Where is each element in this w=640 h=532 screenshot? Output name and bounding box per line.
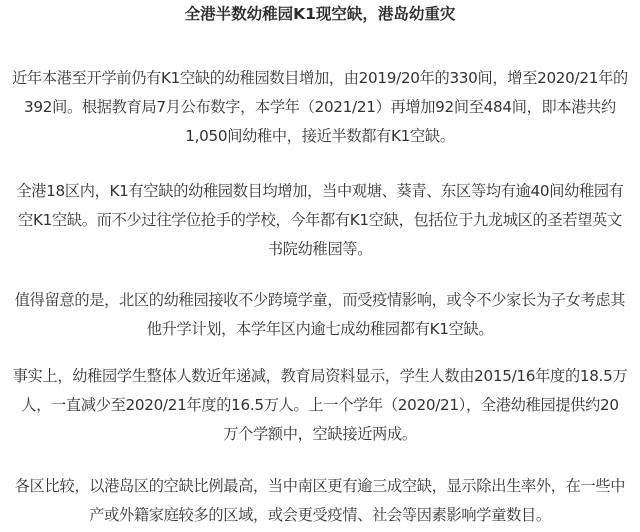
paragraph-line: 全港18区内，K1有空缺的幼稚园数目均增加，当中观塘、葵青、东区等均有逾40间幼… xyxy=(4,177,636,206)
paragraph-k1-vacancy-increase: 近年本港至开学前仍有K1空缺的幼稚园数目增加，由2019/20年的330间，增至… xyxy=(4,64,636,151)
paragraph-student-numbers: 事实上，幼稚园学生整体人数近年递减，教育局资料显示，学生人数由2015/16年度… xyxy=(4,362,636,449)
paragraph-line: 他升学计划，本学年区内逾七成幼稚园都有K1空缺。 xyxy=(4,315,636,344)
paragraph-18-districts: 全港18区内，K1有空缺的幼稚园数目均增加，当中观塘、葵青、东区等均有逾40间幼… xyxy=(4,177,636,264)
paragraph-line: 空K1空缺。而不少过往学位抢手的学校，今年都有K1空缺，包括位于九龙城区的圣若望… xyxy=(4,206,636,235)
paragraph-line: 人，一直减少至2020/21年度的16.5万人。上一个学年（2020/21），全… xyxy=(4,391,636,420)
paragraph-line: 事实上，幼稚园学生整体人数近年递减，教育局资料显示，学生人数由2015/16年度… xyxy=(4,362,636,391)
article-title: 全港半数幼稚园K1现空缺，港岛幼重灾 xyxy=(0,3,640,25)
paragraph-line: 1,050间幼稚中，接近半数都有K1空缺。 xyxy=(4,122,636,151)
paragraph-line: 值得留意的是，北区的幼稚园接收不少跨境学童，而受疫情影响，或令不少家长为子女考虑… xyxy=(4,286,636,315)
paragraph-line: 书院幼稚园等。 xyxy=(4,235,636,264)
article: 全港半数幼稚园K1现空缺，港岛幼重灾 近年本港至开学前仍有K1空缺的幼稚园数目增… xyxy=(0,0,640,532)
paragraph-line: 392间。根据教育局7月公布数字，本学年（2021/21）再增加92间至484间… xyxy=(4,93,636,122)
paragraph-district-comparison: 各区比较，以港岛区的空缺比例最高，当中南区更有逾三成空缺，显示除出生率外，在一些… xyxy=(4,472,636,530)
paragraph-north-district: 值得留意的是，北区的幼稚园接收不少跨境学童，而受疫情影响，或令不少家长为子女考虑… xyxy=(4,286,636,344)
paragraph-line: 近年本港至开学前仍有K1空缺的幼稚园数目增加，由2019/20年的330间，增至… xyxy=(4,64,636,93)
paragraph-line: 产或外籍家庭较多的区域，或会更受疫情、社会等因素影响学童数目。 xyxy=(4,501,636,530)
paragraph-line: 万个学额中，空缺接近两成。 xyxy=(4,420,636,449)
paragraph-line: 各区比较，以港岛区的空缺比例最高，当中南区更有逾三成空缺，显示除出生率外，在一些… xyxy=(4,472,636,501)
